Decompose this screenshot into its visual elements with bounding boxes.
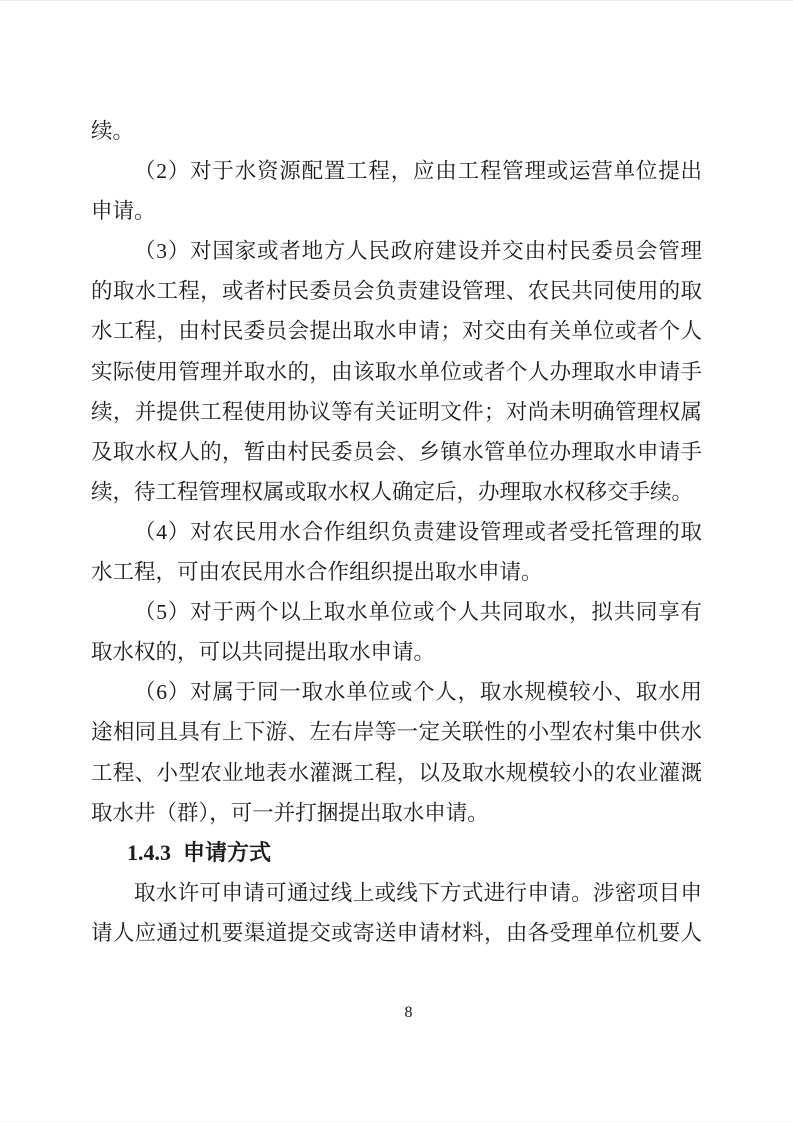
section-heading: 1.4.3申请方式 bbox=[91, 833, 702, 873]
text-line: 申请。 bbox=[91, 191, 702, 231]
text-line: 水工程，可由农民用水合作组织提出取水申请。 bbox=[91, 552, 702, 592]
text-line: 工程、小型农业地表水灌溉工程，以及取水规模较小的农业灌溉 bbox=[91, 753, 702, 793]
text-line: （3）对国家或者地方人民政府建设并交由村民委员会管理 bbox=[91, 231, 702, 271]
text-line: 续，待工程管理权属或取水权人确定后，办理取水权移交手续。 bbox=[91, 472, 702, 512]
text-line: 请人应通过机要渠道提交或寄送申请材料，由各受理单位机要人 bbox=[91, 913, 702, 953]
text-line: 途相同且具有上下游、左右岸等一定关联性的小型农村集中供水 bbox=[91, 712, 702, 752]
text-line: 取水权的，可以共同提出取水申请。 bbox=[91, 632, 702, 672]
text-line: 水工程，由村民委员会提出取水申请；对交由有关单位或者个人 bbox=[91, 311, 702, 351]
text-line: 的取水工程，或者村民委员会负责建设管理、农民共同使用的取 bbox=[91, 271, 702, 311]
document-page: 续。（2）对于水资源配置工程，应由工程管理或运营单位提出申请。（3）对国家或者地… bbox=[0, 0, 793, 1122]
document-body: 续。（2）对于水资源配置工程，应由工程管理或运营单位提出申请。（3）对国家或者地… bbox=[91, 111, 702, 953]
heading-number: 1.4.3 bbox=[127, 840, 171, 865]
text-line: 及取水权人的，暂由村民委员会、乡镇水管单位办理取水申请手 bbox=[91, 432, 702, 472]
text-line: （2）对于水资源配置工程，应由工程管理或运营单位提出 bbox=[91, 151, 702, 191]
text-line: （4）对农民用水合作组织负责建设管理或者受托管理的取 bbox=[91, 512, 702, 552]
text-line: 续。 bbox=[91, 111, 702, 151]
text-line: 取水许可申请可通过线上或线下方式进行申请。涉密项目申 bbox=[91, 873, 702, 913]
page-footer: 8 bbox=[0, 1004, 793, 1022]
text-line: 实际使用管理并取水的，由该取水单位或者个人办理取水申请手 bbox=[91, 352, 702, 392]
page-number: 8 bbox=[405, 1004, 413, 1021]
heading-title: 申请方式 bbox=[183, 840, 271, 865]
text-line: 续，并提供工程使用协议等有关证明文件；对尚未明确管理权属 bbox=[91, 392, 702, 432]
text-line: （5）对于两个以上取水单位或个人共同取水，拟共同享有 bbox=[91, 592, 702, 632]
text-line: 取水井（群），可一并打捆提出取水申请。 bbox=[91, 793, 702, 833]
text-line: （6）对属于同一取水单位或个人，取水规模较小、取水用 bbox=[91, 672, 702, 712]
